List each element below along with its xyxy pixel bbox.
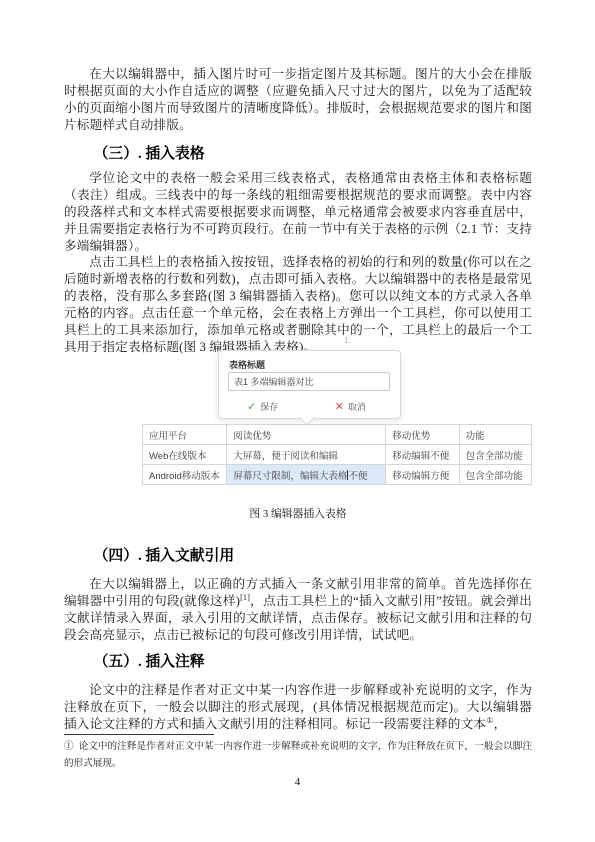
- heading-insert-table: （三）. 插入表格: [64, 144, 532, 164]
- cancel-button-label: 取消: [348, 400, 366, 413]
- document-page: 在大以编辑器中，插入图片时可一步指定图片及其标题。图片的大小会在排版时根据页面的…: [0, 0, 595, 842]
- check-icon: ✓: [247, 400, 256, 413]
- table-row: Web在线版本 大屏幕，便于阅读和编辑 移动编辑不便 包含全部功能: [143, 445, 532, 465]
- table-paragraph-1: 学位论文中的表格一般会采用三线表格式，表格通常由表格主体和表格标题（表注）组成。…: [64, 170, 532, 255]
- cell-features-web[interactable]: 包含全部功能: [459, 445, 531, 465]
- footnote-separator: [64, 734, 214, 735]
- footnote-area: ① 论文中的注释是作者对正文中某一内容作进一步解释或补充说明的文字，作为注释放在…: [64, 734, 532, 772]
- cancel-button[interactable]: ✕ 取消: [335, 397, 366, 415]
- col-header-mobile: 移动优势: [386, 425, 459, 445]
- note-paragraph: 论文中的注释是作者对正文中某一内容作进一步解释或补充说明的文字，作为注释放在页下…: [64, 682, 532, 733]
- heading-insert-citation: （四）. 插入文献引用: [64, 546, 532, 566]
- table-caption-input[interactable]: [228, 372, 390, 391]
- figure-caption: 图 3 编辑器插入表格: [64, 506, 532, 521]
- editor-figure: 1. 表格标题 ✓ 保存 ✕ 取消 应用平台 阅读优势 移动优势 功能: [64, 348, 532, 524]
- page-number: 4: [0, 776, 595, 788]
- save-button-label: 保存: [260, 400, 278, 413]
- comparison-table: 应用平台 阅读优势 移动优势 功能 Web在线版本 大屏幕，便于阅读和编辑 移动…: [142, 424, 532, 485]
- col-header-platform: 应用平台: [143, 425, 227, 445]
- cell-reading-android-selected[interactable]: 屏幕尺寸限制，编辑大表格不便: [227, 465, 386, 485]
- save-button[interactable]: ✓ 保存: [247, 397, 278, 415]
- col-header-reading: 阅读优势: [227, 425, 386, 445]
- table-header-row: 应用平台 阅读优势 移动优势 功能: [143, 425, 532, 445]
- stray-mark: 1.: [344, 336, 351, 345]
- table-paragraph-2: 点击工具栏上的表格插入按按钮，选择表格的初始的行和列的数量(你可以在之后随时新增…: [64, 254, 532, 355]
- dialog-label: 表格标题: [229, 358, 265, 371]
- intro-paragraph: 在大以编辑器中，插入图片时可一步指定图片及其标题。图片的大小会在排版时根据页面的…: [64, 66, 532, 134]
- cell-platform-android[interactable]: Android移动版本: [143, 465, 227, 485]
- footnote-superscript: ①: [486, 716, 493, 725]
- close-icon: ✕: [335, 400, 344, 413]
- cell-reading-web[interactable]: 大屏幕，便于阅读和编辑: [227, 445, 386, 465]
- cell-mobile-android[interactable]: 移动编辑方便: [386, 465, 459, 485]
- citation-paragraph: 在大以编辑器上，以正确的方式插入一条文献引用非常的简单。首先选择你在编辑器中引用…: [64, 576, 532, 644]
- heading-insert-note: （五）. 插入注释: [64, 652, 532, 672]
- citation-superscript: [1]: [240, 593, 250, 602]
- table-row: Android移动版本 屏幕尺寸限制，编辑大表格不便 移动编辑方便 包含全部功能: [143, 465, 532, 485]
- col-header-features: 功能: [459, 425, 531, 445]
- cell-platform-web[interactable]: Web在线版本: [143, 445, 227, 465]
- cell-features-android[interactable]: 包含全部功能: [459, 465, 531, 485]
- footnote-text: ① 论文中的注释是作者对正文中某一内容作进一步解释或补充说明的文字，作为注释放在…: [64, 739, 532, 772]
- table-caption-dialog: 表格标题 ✓ 保存 ✕ 取消: [218, 350, 401, 419]
- cell-mobile-web[interactable]: 移动编辑不便: [386, 445, 459, 465]
- footnote-marker: ①: [64, 741, 74, 752]
